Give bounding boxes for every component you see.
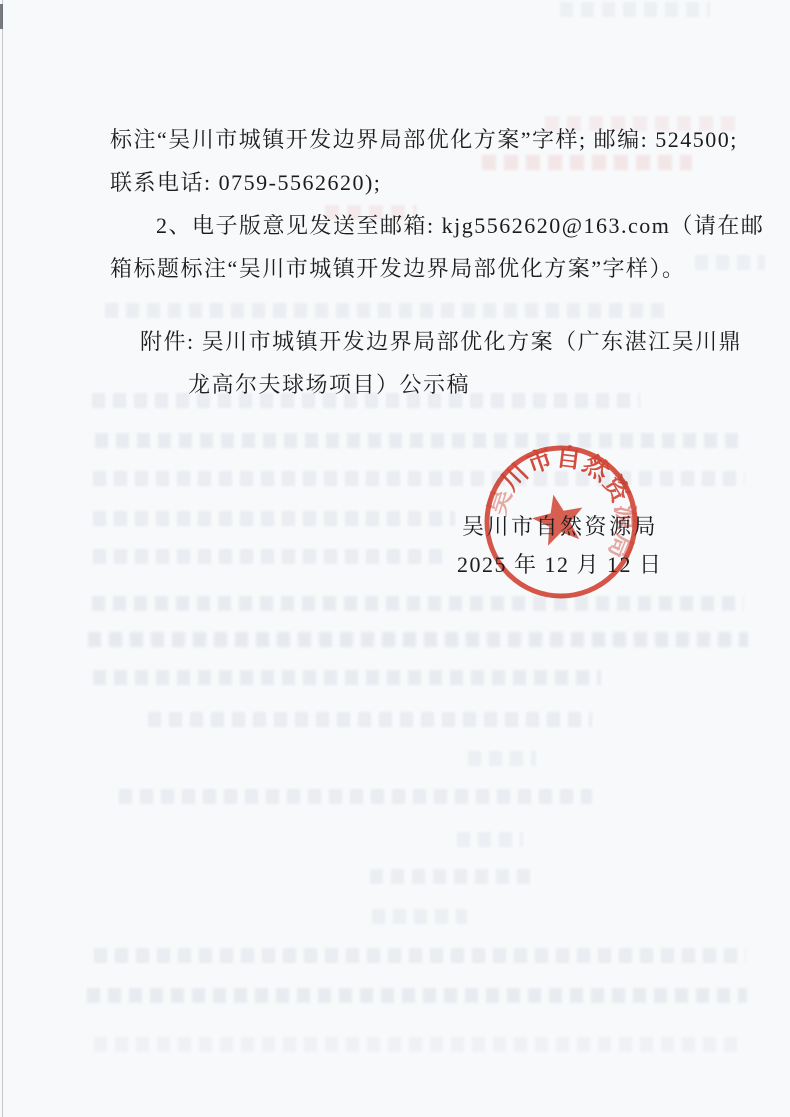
bleedthrough-row — [695, 255, 765, 270]
bleedthrough-row — [457, 832, 523, 847]
bleedthrough-row — [93, 471, 745, 486]
bleedthrough-row — [468, 751, 536, 766]
seal-arc-text: 吴 川 市 自 然 资 源 局 — [483, 443, 640, 563]
body-line-4: 箱标题标注“吴川市城镇开发边界局部优化方案”字样）。 — [110, 255, 686, 282]
body-line-2: 联系电话: 0759-5562620); — [110, 169, 381, 196]
bleedthrough-row — [93, 511, 455, 526]
bleedthrough-row — [94, 948, 746, 963]
bleedthrough-row — [370, 869, 532, 884]
signature-organization: 吴川市自然资源局 — [462, 513, 658, 540]
bleedthrough-row — [105, 303, 665, 318]
bleedthrough-row — [87, 988, 747, 1003]
body-line-3: 2、电子版意见发送至邮箱: kjg5562620@163.com（请在邮 — [156, 212, 764, 239]
bleedthrough-row — [482, 155, 692, 170]
seal-arc-char: 自 — [555, 443, 583, 474]
page-left-edge-line — [2, 0, 3, 1117]
bleedthrough-row — [93, 549, 450, 564]
bleedthrough-row — [119, 789, 592, 804]
signature-date: 2025 年 12 月 12 日 — [457, 551, 663, 578]
attachment-line-1: 附件: 吴川市城镇开发边界局部优化方案（广东湛江吴川鼎 — [140, 328, 742, 355]
body-line-1: 标注“吴川市城镇开发边界局部优化方案”字样; 邮编: 524500; — [110, 126, 738, 153]
attachment-line-2: 龙高尔夫球场项目）公示稿 — [188, 371, 470, 398]
bleedthrough-row — [372, 909, 467, 924]
scan-corner-mark — [0, 4, 3, 29]
bleedthrough-row — [94, 1037, 740, 1052]
bleedthrough-row — [88, 632, 748, 647]
bleedthrough-row — [92, 596, 744, 611]
bleedthrough-row — [560, 2, 710, 17]
scanned-document-page: 标注“吴川市城镇开发边界局部优化方案”字样; 邮编: 524500; 联系电话:… — [0, 0, 790, 1117]
bleedthrough-row — [148, 712, 592, 727]
bleedthrough-row — [95, 433, 745, 448]
bleedthrough-row — [93, 670, 601, 685]
